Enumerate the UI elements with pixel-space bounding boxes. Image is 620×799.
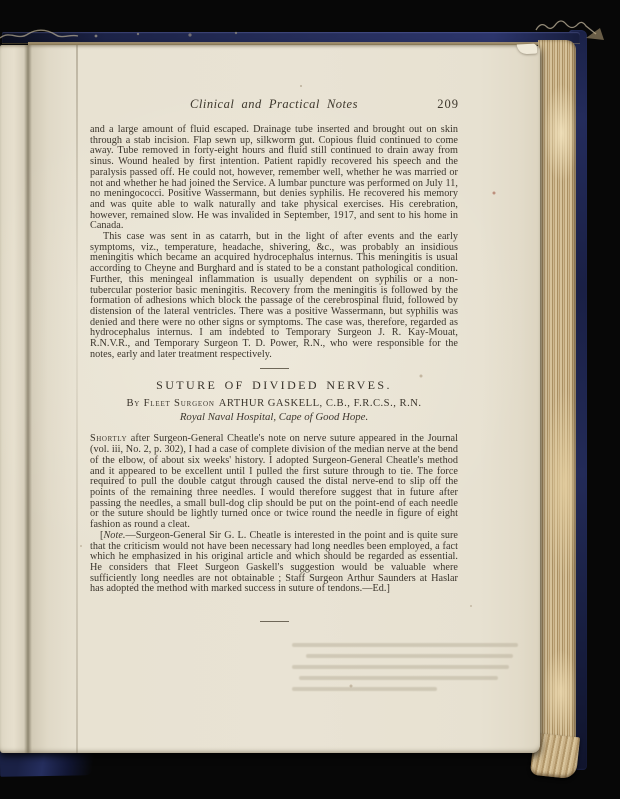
article-byline: By Fleet SurgeonARTHUR GASKELL, C.B., F.… xyxy=(90,398,458,409)
running-header-title: Clinical and Practical Notes xyxy=(190,97,358,111)
end-divider-rule xyxy=(260,621,289,622)
note-label: Note. xyxy=(103,530,125,541)
editor-note-paragraph: [Note.—Surgeon-General Sir G. L. Cheatle… xyxy=(90,531,458,595)
case-note-paragraph-1: and a large amount of fluid escaped. Dra… xyxy=(90,125,458,232)
cover-corner-wear xyxy=(586,28,604,40)
article-affiliation: Royal Naval Hospital, Cape of Good Hope. xyxy=(90,411,458,423)
byline-prefix: By Fleet Surgeon xyxy=(126,398,214,409)
note-text: —Surgeon-General Sir G. L. Cheatle is in… xyxy=(90,530,458,595)
foxing-specks xyxy=(0,45,2,47)
section-divider-rule xyxy=(260,368,289,369)
page-corner-top-right xyxy=(517,43,537,54)
article-paragraph-1: Shortly after Surgeon-General Cheatle's … xyxy=(90,434,458,530)
page-scan: Clinical and Practical Notes 209 and a l… xyxy=(0,45,540,753)
running-header: Clinical and Practical Notes 209 xyxy=(90,97,458,113)
byline-author-name: ARTHUR GASKELL, C.B., F.R.C.S., R.N. xyxy=(219,398,422,409)
lead-word: Shortly xyxy=(90,433,127,444)
cover-fragment-bottom-left xyxy=(0,750,96,777)
case-note-paragraph-2: This case was sent in as catarrh, but in… xyxy=(90,232,458,360)
page-number: 209 xyxy=(437,97,459,112)
book-page-photo: Clinical and Practical Notes 209 and a l… xyxy=(0,0,620,799)
article-heading: SUTURE OF DIVIDED NERVES. xyxy=(90,378,458,393)
article-paragraph-1-text: after Surgeon-General Cheatle's note on … xyxy=(90,433,458,530)
fore-edge-pages xyxy=(538,40,576,756)
bleed-through-text xyxy=(292,643,518,698)
gutter-crease xyxy=(76,45,78,753)
page-content: Clinical and Practical Notes 209 and a l… xyxy=(90,97,458,630)
